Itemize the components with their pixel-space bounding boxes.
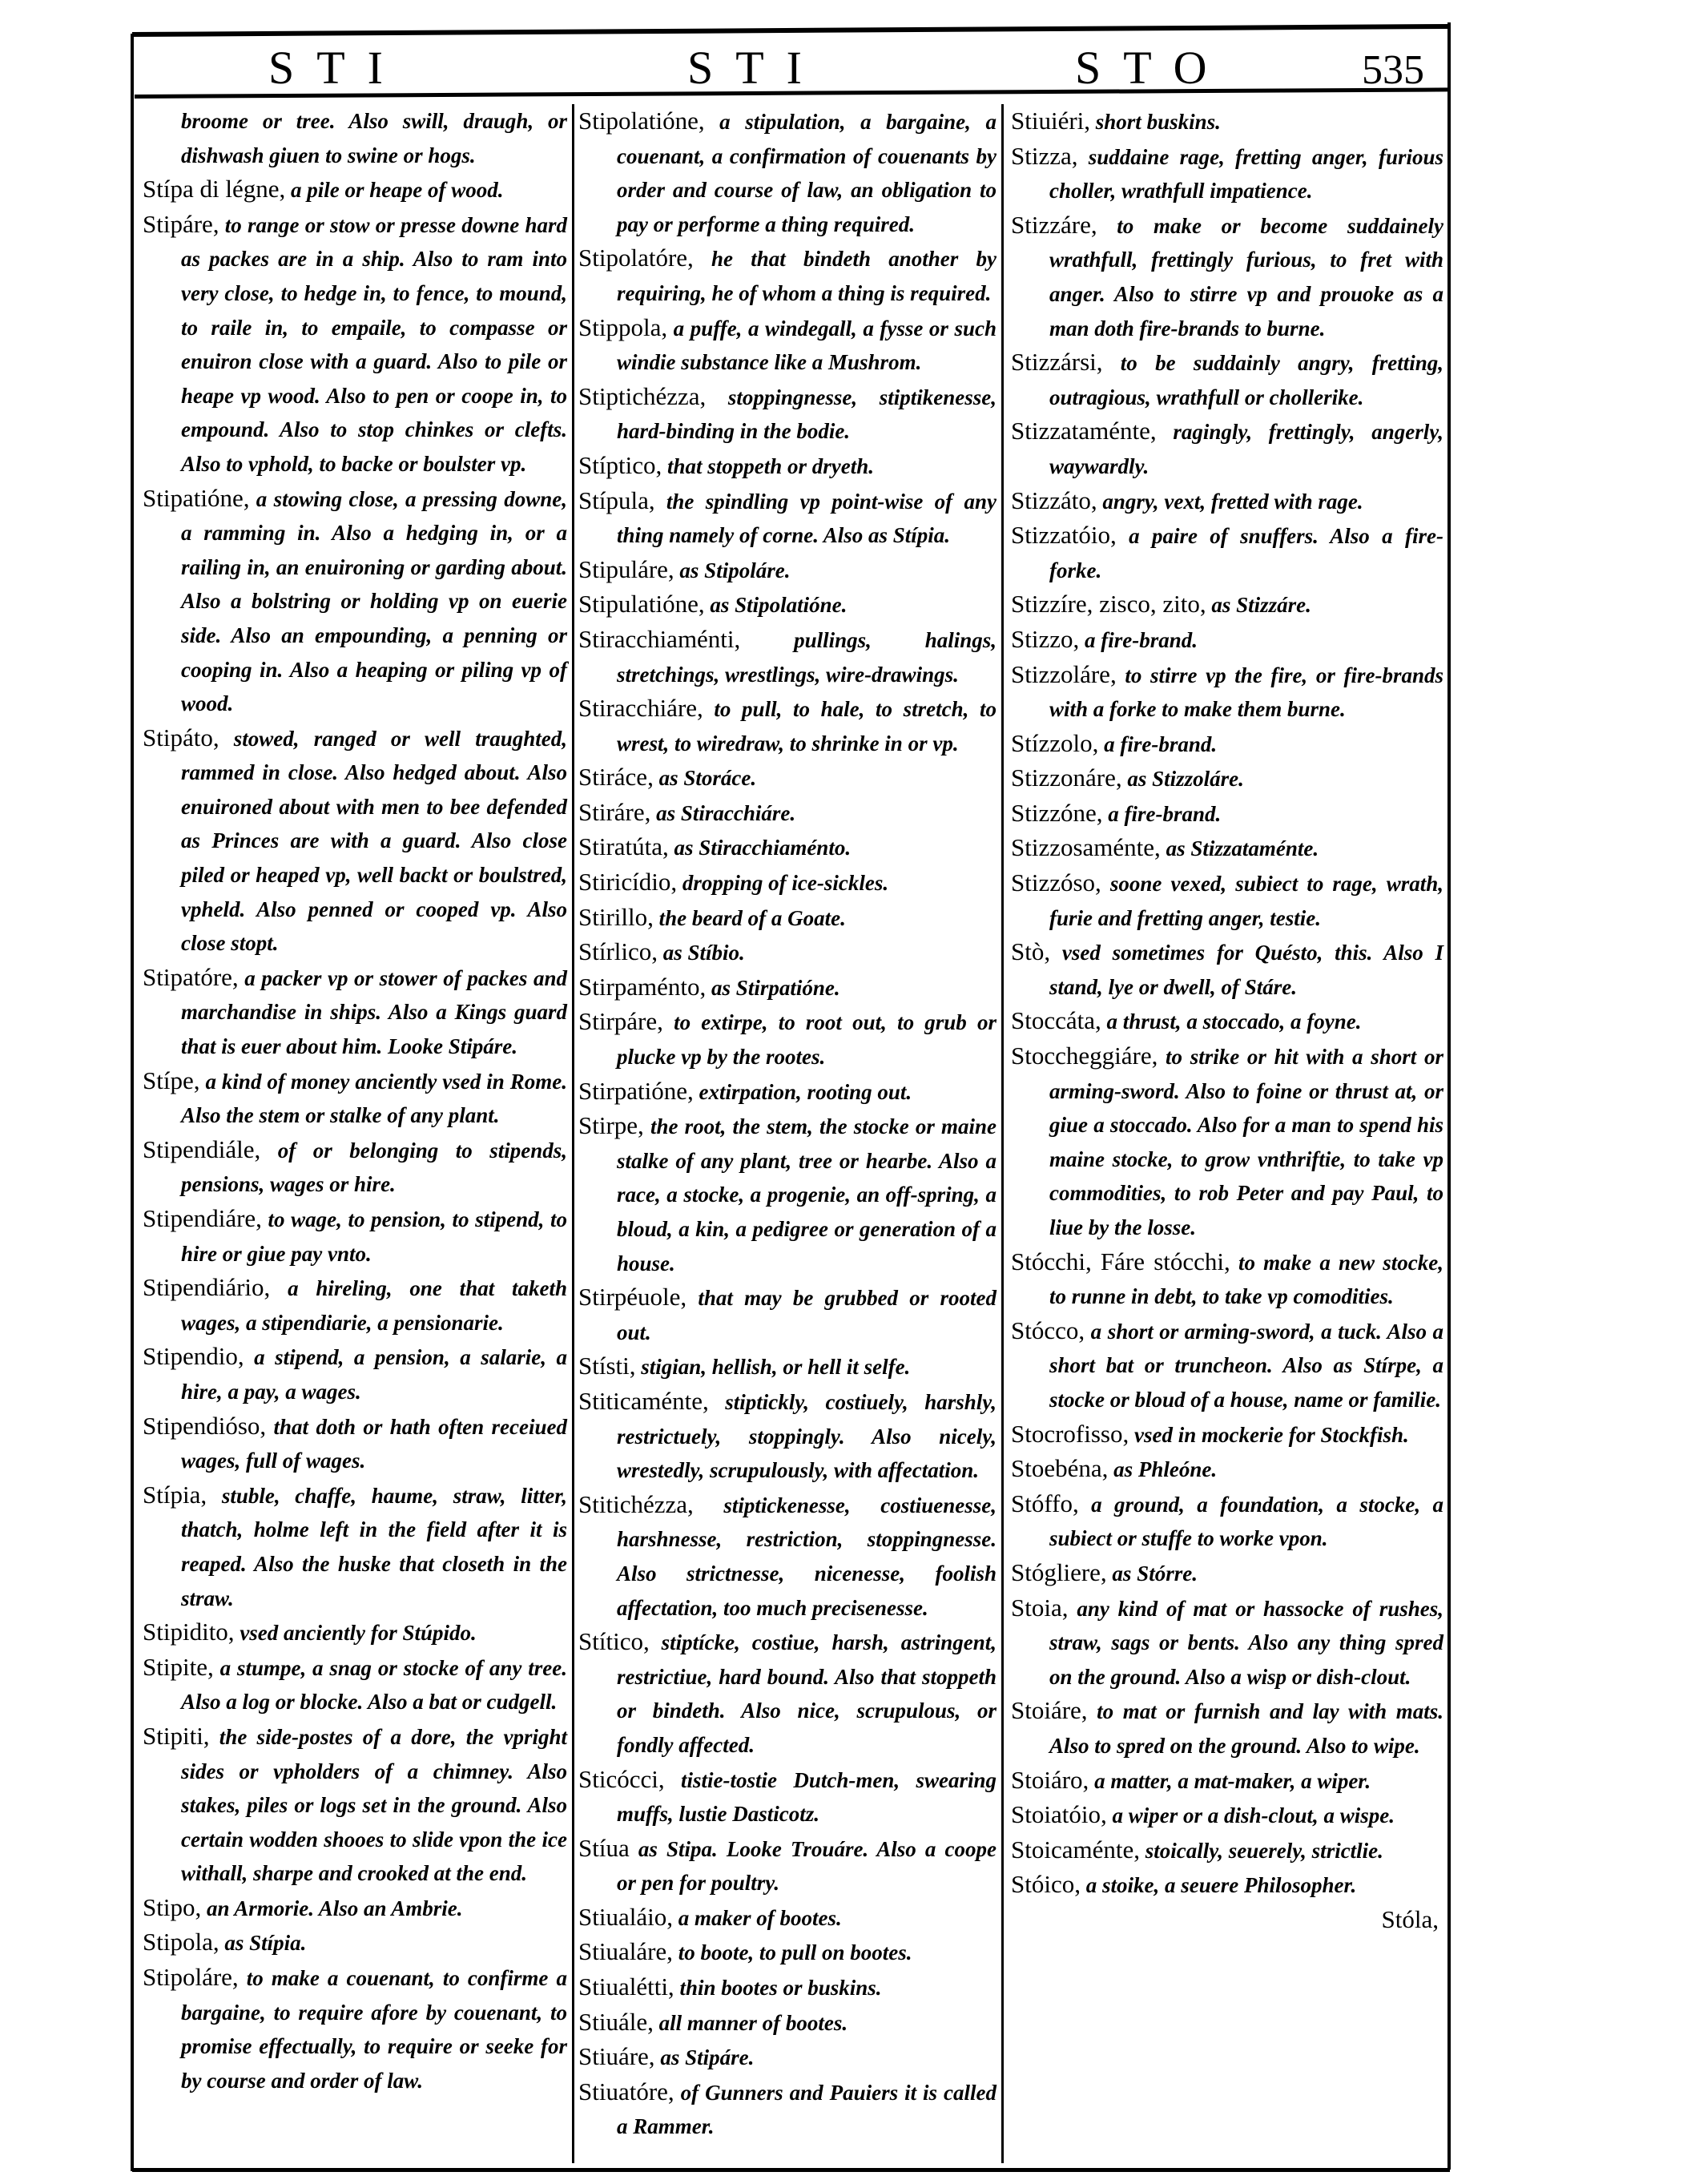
dictionary-entry: Stiuatóre, of Gunners and Pauiers it is …	[578, 2075, 997, 2144]
dictionary-entry: Stísti, stigian, hellish, or hell it sel…	[578, 1349, 997, 1384]
entry-headword: Stizzatóio,	[1011, 521, 1117, 549]
entry-definition: a wiper or a dish-clout, a wispe.	[1107, 1803, 1395, 1827]
dictionary-entry: Stirpéuole, that may be grubbed or roote…	[578, 1280, 997, 1349]
dictionary-entry: Stipatóre, a packer vp or stower of pack…	[143, 961, 567, 1064]
entry-headword: Stoicaménte,	[1011, 1835, 1140, 1864]
dictionary-entry: Stoiáro, a matter, a mat-maker, a wiper.	[1011, 1763, 1443, 1799]
dictionary-entry: Stipola, as Stípia.	[143, 1925, 567, 1960]
dictionary-entry: Stipulatióne, as Stipolatióne.	[578, 587, 997, 623]
dictionary-entry: Stipendióso, that doth or hath often rec…	[143, 1409, 567, 1478]
entry-headword: Stócco,	[1011, 1316, 1085, 1344]
entry-headword: Stítico,	[578, 1627, 650, 1655]
entry-definition: the beard of a Goate.	[654, 906, 846, 930]
entry-headword: Stizzáto,	[1011, 486, 1097, 514]
dictionary-entry: Stoebéna, as Phleóne.	[1011, 1452, 1443, 1487]
dictionary-entry: Stóffo, a ground, a foundation, a stocke…	[1011, 1487, 1443, 1556]
entry-headword: Stocrofisso,	[1011, 1420, 1129, 1448]
dictionary-entry: Stócco, a short or arming-sword, a tuck.…	[1011, 1314, 1443, 1417]
entry-headword: Stipatóre,	[143, 963, 239, 991]
entry-definition: to make or become suddainely wrathfull, …	[1049, 214, 1443, 340]
entry-headword: Stiráce,	[578, 763, 654, 791]
entry-definition: tistie-tostie Dutch-men, swearing muffs,…	[617, 1768, 997, 1827]
entry-headword: Stizzo,	[1011, 625, 1079, 653]
entry-headword: Stísti,	[578, 1352, 636, 1380]
dictionary-entry: Stipiti, the side-postes of a dore, the …	[143, 1719, 567, 1891]
entry-headword: Stippola,	[578, 313, 667, 341]
entry-headword: Stíua	[578, 1834, 630, 1862]
entry-headword: Stiualétti,	[578, 1972, 674, 2001]
entry-definition: as Stípia.	[219, 1931, 307, 1955]
dictionary-entry: Stipoláre, to make a couenant, to confir…	[143, 1960, 567, 2097]
entry-definition: stuble, chaffe, haume, straw, litter, th…	[181, 1484, 567, 1610]
entry-headword: Stipoláre,	[143, 1963, 239, 1991]
dictionary-entry: Stiualétti, thin bootes or buskins.	[578, 1970, 997, 2005]
entry-definition: as Stiracchiáre.	[650, 801, 795, 825]
entry-definition: a matter, a mat-maker, a wiper.	[1089, 1769, 1371, 1793]
entry-headword: Stípa di légne,	[143, 175, 285, 203]
top-rule	[132, 24, 1450, 37]
entry-definition: vsed anciently for Stúpido.	[235, 1621, 477, 1645]
entry-definition: a puffe, a windegall, a fysse or such wi…	[617, 316, 997, 375]
dictionary-entry: Stizzáto, angry, vext, fretted with rage…	[1011, 484, 1443, 519]
dictionary-entry: Stipáre, to range or stow or presse down…	[143, 208, 567, 482]
dictionary-entry: Stiualáre, to boote, to pull on bootes.	[578, 1935, 997, 1970]
dictionary-column-3: Stiuiéri, short buskins.Stizza, suddaine…	[1011, 104, 1443, 1936]
entry-definition: as Stizzataménte.	[1161, 836, 1319, 860]
entry-definition: extirpation, rooting out.	[694, 1080, 912, 1104]
entry-headword: Stiuáre,	[578, 2042, 655, 2070]
dictionary-entry: Stipolatóre, he that bindeth another by …	[578, 241, 997, 310]
entry-definition: a kind of money anciently vsed in Rome. …	[181, 1070, 567, 1128]
entry-headword: Stirpéuole,	[578, 1283, 686, 1311]
dictionary-entry: Stoicaménte, stoically, seuerely, strict…	[1011, 1833, 1443, 1868]
entry-definition: broome or tree. Also swill, draugh, or d…	[181, 109, 567, 167]
entry-definition: dropping of ice-sickles.	[677, 871, 888, 895]
entry-headword: Stizzonáre,	[1011, 764, 1122, 792]
entry-definition: a ground, a foundation, a stocke, a subi…	[1049, 1493, 1443, 1551]
entry-headword: Stizzosaménte,	[1011, 833, 1161, 861]
dictionary-entry: Stitichézza, stiptickenesse, costiueness…	[578, 1488, 997, 1625]
entry-headword: Stipáto,	[143, 723, 219, 752]
running-head-left: STI	[268, 42, 405, 95]
entry-definition: as Stirpatióne.	[706, 976, 839, 1000]
entry-headword: Stipatióne,	[143, 484, 249, 512]
entry-definition: as Stíbio.	[658, 941, 745, 965]
entry-definition: to boote, to pull on bootes.	[673, 1940, 912, 1964]
dictionary-entry: Stipáto, stowed, ranged or well traughte…	[143, 721, 567, 961]
entry-headword: Stiuatóre,	[578, 2077, 674, 2105]
entry-definition: a short or arming-sword, a tuck. Also a …	[1049, 1320, 1443, 1412]
dictionary-entry: broome or tree. Also swill, draugh, or d…	[143, 104, 567, 172]
entry-definition: angry, vext, fretted with rage.	[1097, 490, 1363, 514]
entry-headword: Stipendio,	[143, 1342, 244, 1370]
entry-headword: Stípula,	[578, 486, 655, 514]
left-rule	[131, 34, 134, 2171]
entry-headword: Stò,	[1011, 937, 1050, 965]
dictionary-entry: Stipuláre, as Stipoláre.	[578, 553, 997, 588]
dictionary-entry: Stipendio, a stipend, a pension, a salar…	[143, 1340, 567, 1408]
entry-headword: Stiráre,	[578, 798, 650, 826]
dictionary-entry: Stirillo, the beard of a Goate.	[578, 901, 997, 936]
entry-headword: Stoia,	[1011, 1594, 1068, 1622]
dictionary-entry: Stípa di légne, a pile or heape of wood.	[143, 172, 567, 208]
entry-headword: Stiracchiaménti,	[578, 625, 740, 653]
dictionary-entry: Stóico, a stoike, a seuere Philosopher.	[1011, 1868, 1443, 1903]
dictionary-entry: Stógliere, as Stórre.	[1011, 1556, 1443, 1591]
dictionary-entry: Stipendiáre, to wage, to pension, to sti…	[143, 1202, 567, 1271]
entry-headword: Stoiáre,	[1011, 1696, 1088, 1724]
entry-definition: any kind of mat or hassocke of rushes, s…	[1049, 1597, 1443, 1689]
entry-headword: Stiptichézza,	[578, 382, 706, 410]
entry-headword: Stirpe,	[578, 1111, 644, 1139]
entry-headword: Stizzáre,	[1011, 211, 1097, 239]
entry-headword: Stipendiário,	[143, 1273, 270, 1301]
entry-headword: Stipendiáre,	[143, 1204, 262, 1232]
entry-headword: Stípe,	[143, 1066, 199, 1094]
page-number: 535	[1362, 46, 1424, 95]
entry-headword: Stipulatióne,	[578, 590, 705, 618]
entry-definition: short buskins.	[1090, 110, 1221, 134]
dictionary-entry: Stipo, an Armorie. Also an Ambrie.	[143, 1891, 567, 1926]
entry-definition: a stoike, a seuere Philosopher.	[1081, 1873, 1356, 1897]
entry-headword: Stirpaménto,	[578, 973, 706, 1001]
dictionary-entry: Stízzolo, a fire-brand.	[1011, 727, 1443, 762]
entry-headword: Stípia,	[143, 1481, 207, 1509]
dictionary-entry: Stirpáre, to extirpe, to root out, to gr…	[578, 1005, 997, 1074]
dictionary-entry: Stirpatióne, extirpation, rooting out.	[578, 1074, 997, 1110]
dictionary-entry: Stoia, any kind of mat or hassocke of ru…	[1011, 1591, 1443, 1694]
entry-definition: as Stipoláre.	[674, 558, 791, 582]
dictionary-entry: Stiuiéri, short buskins.	[1011, 104, 1443, 139]
entry-definition: a packer vp or stower of packes and marc…	[181, 966, 567, 1058]
dictionary-entry: Stocrofisso, vsed in mockerie for Stockf…	[1011, 1417, 1443, 1453]
dictionary-entry: Stiracchiáre, to pull, to hale, to stret…	[578, 691, 997, 760]
dictionary-entry: Stipendiário, a hireling, one that taket…	[143, 1271, 567, 1340]
dictionary-entry: Stizzonáre, as Stizzoláre.	[1011, 761, 1443, 796]
entry-headword: Stócchi, Fáre stócchi,	[1011, 1247, 1230, 1275]
entry-definition: vsed sometimes for Quésto, this. Also I …	[1049, 941, 1443, 999]
entry-headword: Stirpáre,	[578, 1007, 663, 1035]
dictionary-entry: Stiráce, as Storáce.	[578, 760, 997, 796]
entry-headword: Stipendiále,	[143, 1135, 260, 1163]
entry-headword: Stizza,	[1011, 142, 1078, 170]
dictionary-entry: Stiricídio, dropping of ice-sickles.	[578, 865, 997, 901]
dictionary-entry: Stipendiále, of or belonging to stipends…	[143, 1133, 567, 1202]
entry-headword: Stiualáre,	[578, 1937, 673, 1965]
entry-headword: Stoiatóio,	[1011, 1800, 1107, 1828]
entry-headword: Stíptico,	[578, 451, 662, 479]
entry-headword: Stipuláre,	[578, 555, 674, 583]
entry-definition: to mat or furnish and lay with mats. Als…	[1049, 1699, 1443, 1758]
entry-definition: stoically, seuerely, strictlie.	[1140, 1839, 1383, 1863]
entry-definition: as Stizzoláre.	[1122, 767, 1244, 791]
dictionary-entry: Stizzóne, a fire-brand.	[1011, 796, 1443, 832]
catchword: Stóla,	[1011, 1903, 1443, 1936]
dictionary-entry: Stizzataménte, ragingly, frettingly, ang…	[1011, 414, 1443, 483]
entry-definition: as Stizzáre.	[1206, 593, 1311, 617]
dictionary-entry: Stoiáre, to mat or furnish and lay with …	[1011, 1694, 1443, 1763]
dictionary-entry: Stítico, stiptícke, costiue, harsh, astr…	[578, 1625, 997, 1762]
entry-headword: Stoccheggiáre,	[1011, 1042, 1158, 1070]
dictionary-entry: Stócchi, Fáre stócchi, to make a new sto…	[1011, 1245, 1443, 1314]
dictionary-entry: Stiracchiaménti, pullings, halings, stre…	[578, 623, 997, 691]
entry-headword: Stipo,	[143, 1893, 201, 1921]
entry-definition: to be suddainly angry, fretting, outragi…	[1049, 351, 1443, 409]
entry-definition: a stowing close, a pressing downe, a ram…	[181, 487, 567, 716]
dictionary-entry: Stizzíre, zisco, zito, as Stizzáre.	[1011, 587, 1443, 623]
entry-headword: Stirpatióne,	[578, 1077, 694, 1105]
dictionary-entry: Stizzosaménte, as Stizzataménte.	[1011, 831, 1443, 866]
bottom-rule	[132, 2168, 1450, 2172]
entry-definition: a maker of bootes.	[673, 1906, 842, 1930]
entry-definition: a pile or heape of wood.	[285, 178, 503, 202]
entry-definition: as Storáce.	[654, 766, 756, 790]
entry-headword: Stizzóso,	[1011, 868, 1101, 897]
entry-headword: Stipola,	[143, 1928, 219, 1956]
entry-headword: Stiricídio,	[578, 868, 677, 896]
entry-headword: Stizzataménte,	[1011, 417, 1157, 445]
entry-headword: Stóico,	[1011, 1870, 1081, 1898]
dictionary-entry: Stirpaménto, as Stirpatióne.	[578, 970, 997, 1005]
entry-headword: Stiuiéri,	[1011, 107, 1090, 135]
entry-definition: as Stipáre.	[655, 2045, 755, 2069]
entry-definition: as Stiracchiaménto.	[669, 836, 851, 860]
entry-headword: Stoiáro,	[1011, 1766, 1089, 1794]
dictionary-column-1: broome or tree. Also swill, draugh, or d…	[143, 104, 567, 2097]
dictionary-entry: Stíua as Stipa. Looke Trouáre. Also a co…	[578, 1831, 997, 1900]
dictionary-entry: Stò, vsed sometimes for Quésto, this. Al…	[1011, 935, 1443, 1004]
entry-headword: Stipidito,	[143, 1618, 235, 1646]
entry-headword: Stoccáta,	[1011, 1006, 1101, 1034]
dictionary-entry: Stiticaménte, stiptickly, costiuely, har…	[578, 1384, 997, 1488]
entry-definition: a fire-brand.	[1103, 802, 1222, 826]
right-rule	[1447, 22, 1451, 2170]
dictionary-entry: Stizzatóio, a paire of snuffers. Also a …	[1011, 518, 1443, 587]
entry-definition: to extirpe, to root out, to grub or pluc…	[617, 1010, 997, 1069]
entry-headword: Stizzóne,	[1011, 799, 1103, 827]
entry-definition: stigian, hellish, or hell it selfe.	[636, 1355, 911, 1379]
entry-definition: a thrust, a stoccado, a foyne.	[1101, 1009, 1362, 1034]
entry-definition: to strike or hit with a short or arming-…	[1049, 1045, 1443, 1239]
entry-definition: stiptícke, costiue, harsh, astringent, r…	[617, 1630, 997, 1757]
dictionary-entry: Stiuále, all manner of bootes.	[578, 2005, 997, 2041]
dictionary-entry: Stoiatóio, a wiper or a dish-clout, a wi…	[1011, 1798, 1443, 1833]
dictionary-entry: Stipidito, vsed anciently for Stúpido.	[143, 1615, 567, 1650]
entry-definition: a fire-brand.	[1079, 628, 1198, 652]
dictionary-entry: Stiuáre, as Stipáre.	[578, 2040, 997, 2075]
entry-headword: Stiuále,	[578, 2008, 654, 2036]
running-head-right: STO	[1075, 42, 1230, 95]
entry-definition: the root, the stem, the stocke or maine …	[617, 1114, 997, 1275]
entry-headword: Stoebéna,	[1011, 1454, 1108, 1482]
entry-headword: Stiticaménte,	[578, 1387, 709, 1415]
dictionary-entry: Stírlico, as Stíbio.	[578, 935, 997, 970]
dictionary-entry: Stiptichézza, stoppingnesse, stiptikenes…	[578, 380, 997, 449]
entry-headword: Sticócci,	[578, 1765, 665, 1793]
entry-headword: Stizzársi,	[1011, 348, 1103, 376]
entry-definition: vsed in mockerie for Stockfish.	[1129, 1423, 1408, 1447]
entry-definition: suddaine rage, fretting anger, furious c…	[1049, 145, 1443, 203]
running-head-center: STI	[687, 42, 824, 95]
dictionary-entry: Stiualáio, a maker of bootes.	[578, 1900, 997, 1936]
entry-definition: to make a couenant, to confirme a bargai…	[181, 1966, 567, 2093]
column-divider	[1001, 104, 1004, 2163]
entry-headword: Stóffo,	[1011, 1489, 1079, 1517]
entry-headword: Stipolatóre,	[578, 244, 694, 272]
dictionary-entry: Stoccheggiáre, to strike or hit with a s…	[1011, 1039, 1443, 1245]
entry-definition: of Gunners and Pauiers it is called a Ra…	[617, 2081, 997, 2139]
entry-headword: Stizzoláre,	[1011, 660, 1117, 688]
entry-headword: Stógliere,	[1011, 1558, 1107, 1586]
entry-headword: Stiratúta,	[578, 832, 669, 860]
dictionary-entry: Stípula, the spindling vp point-wise of …	[578, 484, 997, 553]
dictionary-entry: Stipatióne, a stowing close, a pressing …	[143, 482, 567, 721]
entry-headword: Stipolatióne,	[578, 107, 705, 135]
entry-headword: Stipendióso,	[143, 1412, 266, 1440]
dictionary-entry: Stípia, stuble, chaffe, haume, straw, li…	[143, 1478, 567, 1615]
entry-definition: that stoppeth or dryeth.	[662, 454, 874, 478]
entry-definition: an Armorie. Also an Ambrie.	[201, 1896, 462, 1920]
entry-definition: as Phleóne.	[1108, 1457, 1217, 1481]
entry-headword: Stiracchiáre,	[578, 694, 703, 722]
dictionary-entry: Stipite, a stumpe, a snag or stocke of a…	[143, 1650, 567, 1719]
entry-definition: stowed, ranged or well traughted, rammed…	[181, 727, 567, 956]
entry-definition: soone vexed, subiect to rage, wrath, fur…	[1049, 872, 1443, 930]
entry-definition: thin bootes or buskins.	[674, 1976, 882, 2000]
dictionary-entry: Stizza, suddaine rage, fretting anger, f…	[1011, 139, 1443, 208]
entry-headword: Stitichézza,	[578, 1490, 694, 1518]
dictionary-entry: Stizzoláre, to stirre vp the fire, or fi…	[1011, 658, 1443, 727]
entry-definition: all manner of bootes.	[654, 2011, 848, 2035]
dictionary-column-2: Stipolatióne, a stipulation, a bargaine,…	[578, 104, 997, 2144]
dictionary-entry: Stoccáta, a thrust, a stoccado, a foyne.	[1011, 1004, 1443, 1039]
entry-headword: Stízzolo,	[1011, 729, 1098, 757]
dictionary-entry: Stirpe, the root, the stem, the stocke o…	[578, 1109, 997, 1280]
column-divider	[572, 104, 574, 2163]
dictionary-entry: Stizzársi, to be suddainly angry, fretti…	[1011, 345, 1443, 414]
dictionary-entry: Stíptico, that stoppeth or dryeth.	[578, 449, 997, 484]
dictionary-entry: Stipolatióne, a stipulation, a bargaine,…	[578, 104, 997, 241]
dictionary-entry: Stippola, a puffe, a windegall, a fysse …	[578, 311, 997, 380]
entry-definition: as Stórre.	[1107, 1561, 1198, 1586]
entry-definition: the side-postes of a dore, the vpright s…	[181, 1725, 567, 1885]
entry-headword: Stipiti,	[143, 1722, 210, 1750]
dictionary-entry: Stípe, a kind of money anciently vsed in…	[143, 1064, 567, 1133]
entry-definition: the spindling vp point-wise of any thing…	[617, 490, 997, 548]
entry-definition: to range or stow or presse downe hard as…	[181, 213, 567, 476]
entry-headword: Stizzíre, zisco, zito,	[1011, 590, 1206, 618]
dictionary-entry: Stizzáre, to make or become suddainely w…	[1011, 208, 1443, 345]
entry-definition: as Stipolatióne.	[705, 593, 848, 617]
dictionary-entry: Stizzóso, soone vexed, subiect to rage, …	[1011, 866, 1443, 935]
entry-headword: Stiualáio,	[578, 1903, 673, 1931]
entry-headword: Stipáre,	[143, 210, 219, 238]
entry-definition: a fire-brand.	[1098, 732, 1217, 756]
entry-definition: as Stipa. Looke Trouáre. Also a coope or…	[617, 1837, 997, 1896]
dictionary-entry: Sticócci, tistie-tostie Dutch-men, swear…	[578, 1763, 997, 1831]
entry-headword: Stipite,	[143, 1653, 214, 1681]
dictionary-entry: Stiráre, as Stiracchiáre.	[578, 796, 997, 831]
entry-headword: Stirillo,	[578, 903, 654, 931]
dictionary-entry: Stizzo, a fire-brand.	[1011, 623, 1443, 658]
entry-definition: a stumpe, a snag or stocke of any tree. …	[181, 1656, 567, 1715]
dictionary-entry: Stiratúta, as Stiracchiaménto.	[578, 830, 997, 865]
entry-headword: Stírlico,	[578, 937, 658, 965]
